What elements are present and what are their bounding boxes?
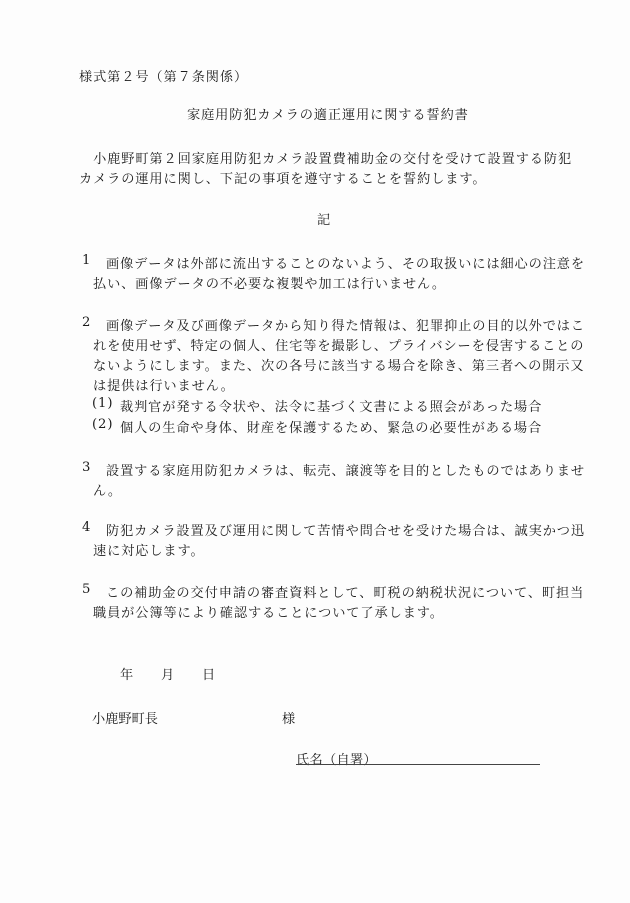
form-number: 様式第２号（第７条関係） — [79, 66, 248, 85]
item-number: 5 — [82, 582, 91, 597]
ki-heading: 記 — [317, 209, 331, 228]
intro-line: カメラの運用に関し、下記の事項を遵守することを誓約します。 — [79, 168, 486, 187]
document-title: 家庭用防犯カメラの適正運用に関する誓約書 — [187, 104, 469, 123]
item-line: 速に対応します。 — [93, 540, 205, 559]
item-line: 設置する家庭用防犯カメラは、転売、譲渡等を目的としたものではありませ — [106, 460, 585, 479]
subitem-number: (1) — [92, 396, 113, 411]
item-line: 職員が公簿等により確認することについて了承します。 — [93, 602, 444, 621]
item-number: 1 — [82, 253, 91, 268]
item-number: 3 — [82, 460, 91, 475]
item-line: 画像データは外部に流出することのないよう、その取扱いには細心の注意を — [106, 253, 585, 272]
signature-underline — [296, 764, 540, 765]
date-year-label: 年 — [120, 664, 134, 683]
item-line: ないようにします。また、次の各号に該当する場合を除き、第三者への開示又 — [93, 355, 584, 374]
date-month-label: 月 — [161, 664, 175, 683]
intro-line: 小鹿野町第２回家庭用防犯カメラ設置費補助金の交付を受けて設置する防犯 — [79, 148, 572, 167]
addressee-name: 小鹿野町長 — [92, 708, 158, 727]
item-line: 画像データ及び画像データから知り得た情報は、犯罪抑止の目的以外ではこ — [106, 315, 585, 334]
subitem-text: 裁判官が発する令状や、法令に基づく文書による照会があった場合 — [120, 396, 542, 415]
subitem-text: 個人の生命や身体、財産を保護するため、緊急の必要性がある場合 — [120, 417, 542, 436]
item-line: は提供は行いません。 — [93, 375, 235, 394]
item-number: 2 — [82, 315, 91, 330]
item-number: 4 — [82, 520, 91, 535]
date-day-label: 日 — [202, 664, 216, 683]
item-line: 防犯カメラ設置及び運用に関して苦情や問合せを受けた場合は、誠実かつ迅 — [106, 520, 585, 539]
addressee-honorific: 様 — [282, 708, 296, 727]
item-line: ん。 — [93, 480, 122, 499]
item-line: れを使用せず、特定の個人、住宅等を撮影し、プライバシーを侵害することの — [93, 335, 584, 354]
subitem-number: (2) — [92, 417, 113, 432]
document-page: 様式第２号（第７条関係） 家庭用防犯カメラの適正運用に関する誓約書 小鹿野町第２… — [0, 0, 630, 903]
signature-label: 氏名（自署） — [296, 749, 377, 768]
item-line: この補助金の交付申請の審査資料として、町税の納税状況について、町担当 — [106, 582, 584, 601]
item-line: 払い、画像データの不必要な複製や加工は行いません。 — [93, 273, 446, 292]
